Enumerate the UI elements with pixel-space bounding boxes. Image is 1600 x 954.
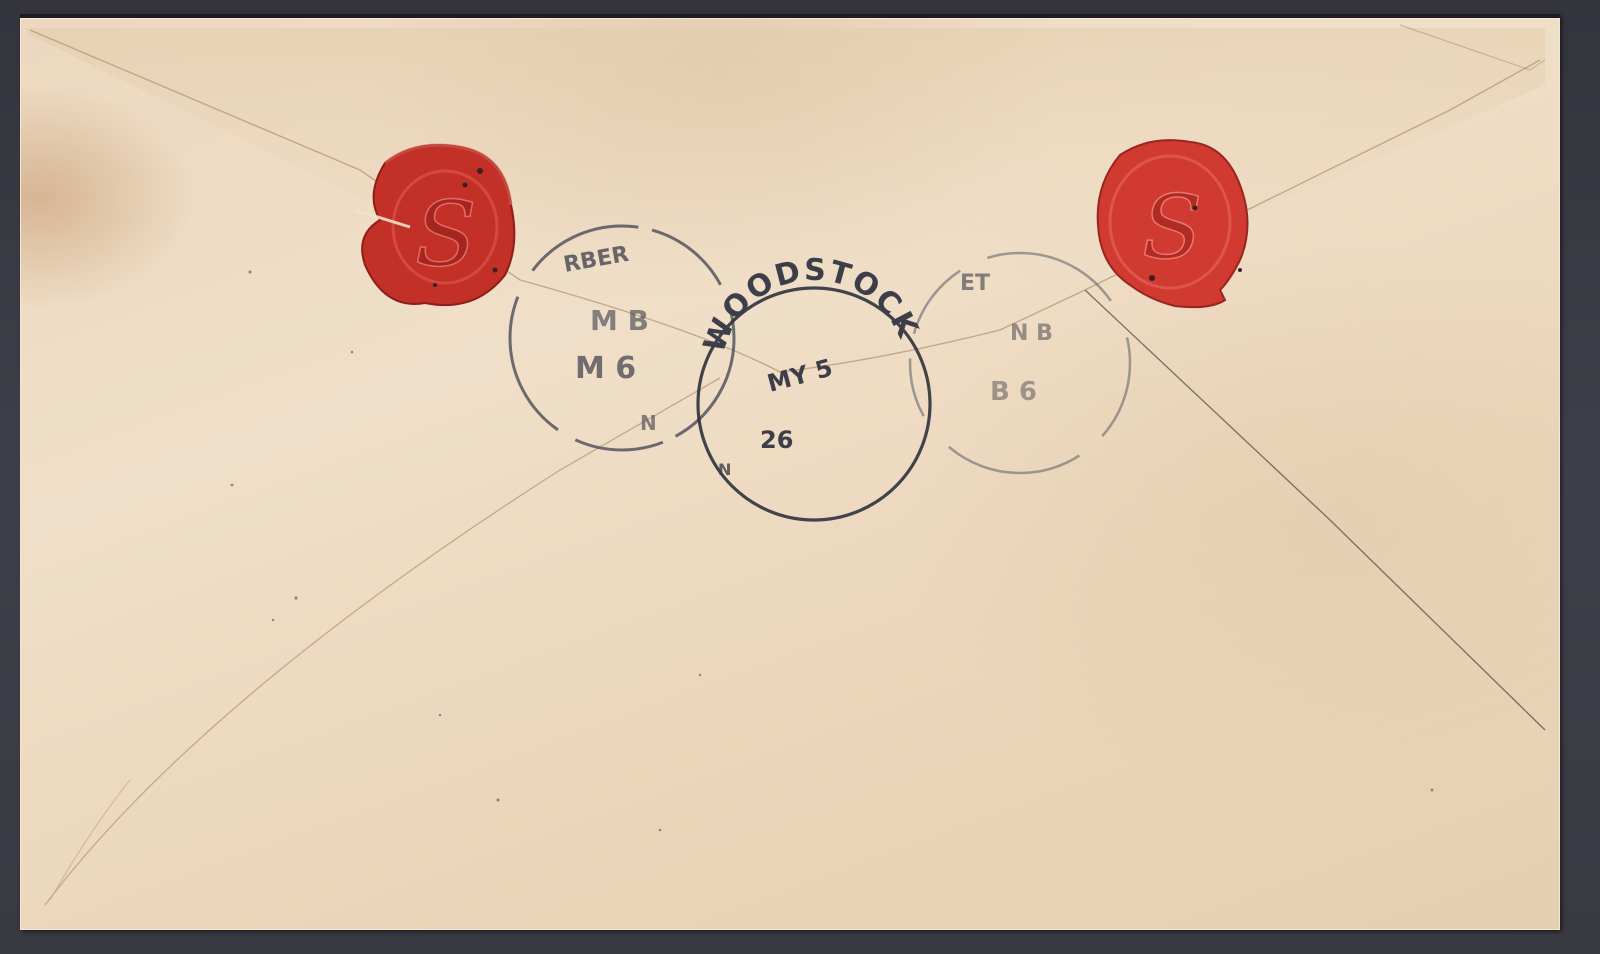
seal-monogram: S bbox=[415, 182, 477, 287]
left-wax-seal: S bbox=[355, 135, 525, 315]
postmark-bottom-letter: N bbox=[718, 460, 731, 479]
postmark-town-text: WOODSTOCK bbox=[697, 253, 926, 357]
center-postmark: WOODSTOCK MY 5 26 N bbox=[0, 0, 1600, 954]
postmark-month-day: MY 5 bbox=[764, 354, 835, 398]
right-wax-seal: S bbox=[1090, 130, 1260, 315]
postmark-year: 26 bbox=[760, 426, 793, 454]
seal-monogram: S bbox=[1142, 176, 1202, 279]
